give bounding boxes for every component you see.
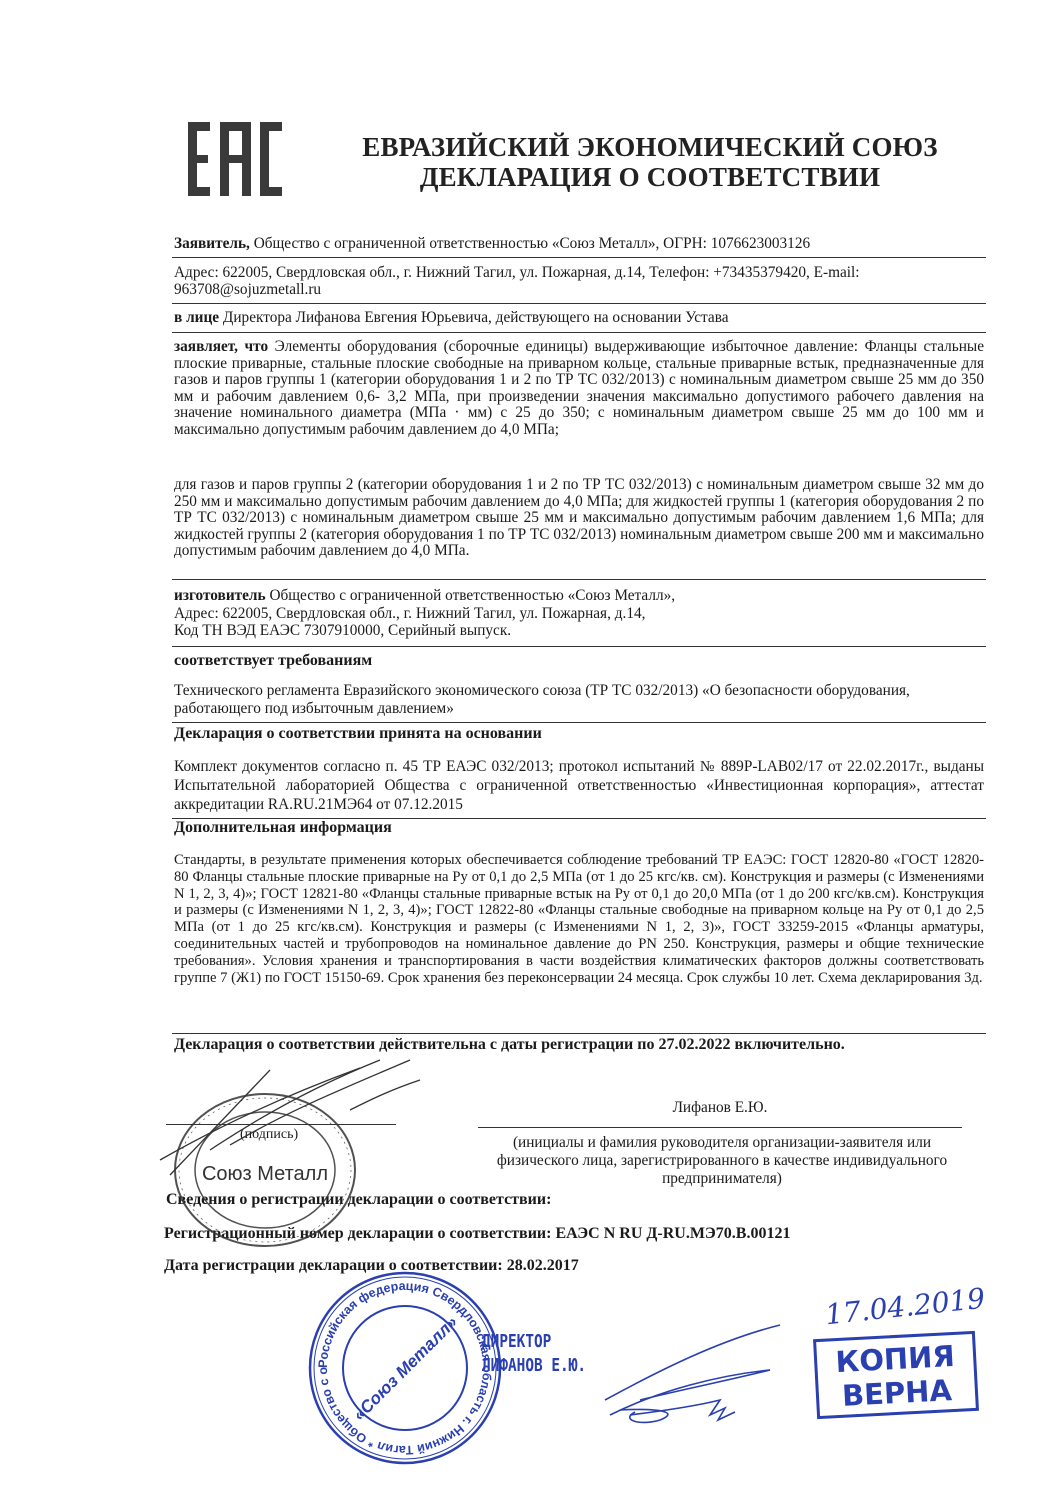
company-seal-blue-icon: Российская федерация Свердловская област… xyxy=(305,1268,505,1468)
signer-name: Лифанов Е.Ю. xyxy=(480,1100,960,1117)
director-stamp-line2: ЛИФАНОВ Е.Ю. xyxy=(482,1354,586,1378)
manufacturer-section: изготовитель Общество с ограниченной отв… xyxy=(174,587,984,640)
director-stamp: ДИРЕКТОР ЛИФАНОВ Е.Ю. xyxy=(482,1330,586,1378)
additional-heading: Дополнительная информация xyxy=(174,820,984,837)
signature-scribble-icon xyxy=(150,1050,440,1190)
director-stamp-line1: ДИРЕКТОР xyxy=(482,1330,586,1354)
basis-text: Комплект документов согласно п. 45 ТР ЕА… xyxy=(174,757,984,814)
registration-number: ЕАЭС N RU Д-RU.МЭ70.В.00121 xyxy=(555,1225,790,1242)
document-title: ДЕКЛАРАЦИЯ О СООТВЕТСТВИИ xyxy=(300,162,1000,193)
conforms-text: Технического регламента Евразийского эко… xyxy=(174,682,984,718)
director-signature-icon xyxy=(600,1320,800,1440)
divider xyxy=(172,579,986,580)
applicant-section: Заявитель, Общество с ограниченной ответ… xyxy=(174,236,984,253)
name-line xyxy=(478,1127,962,1128)
applicant-label: Заявитель, xyxy=(174,235,250,252)
divider xyxy=(172,722,986,723)
applicant-text: Общество с ограниченной ответственностью… xyxy=(254,235,810,252)
manufacturer-code: Код ТН ВЭД ЕАЭС 7307910000, Серийный вып… xyxy=(174,622,984,640)
manufacturer-label: изготовитель xyxy=(174,587,266,604)
manufacturer-text: Общество с ограниченной ответственностью… xyxy=(269,587,675,604)
declares-section: заявляет, что Элементы оборудования (сбо… xyxy=(174,339,984,439)
divider xyxy=(172,646,986,647)
basis-heading: Декларация о соответствии принята на осн… xyxy=(174,726,984,743)
registration-date-row: Дата регистрации декларации о соответств… xyxy=(164,1258,974,1275)
registration-date: 28.02.2017 xyxy=(507,1257,579,1274)
copy-certified-stamp: КОПИЯ ВЕРНА xyxy=(813,1331,979,1419)
additional-text: Стандарты, в результате применения котор… xyxy=(174,852,984,986)
blue-seal-center-text: «Союз Металл» xyxy=(349,1312,461,1424)
manufacturer-address: Адрес: 622005, Свердловская обл., г. Ниж… xyxy=(174,605,984,623)
divider xyxy=(172,303,986,304)
divider xyxy=(172,1033,986,1034)
declares-label: заявляет, что xyxy=(174,338,268,355)
divider xyxy=(172,332,986,333)
represented-text: Директора Лифанова Евгения Юрьевича, дей… xyxy=(223,309,729,326)
represented-section: в лице Директора Лифанова Евгения Юрьеви… xyxy=(174,310,984,327)
represented-label: в лице xyxy=(174,309,219,326)
applicant-address: Адрес: 622005, Свердловская обл., г. Ниж… xyxy=(174,265,984,298)
conforms-heading: соответствует требованиям xyxy=(174,653,984,670)
declares-text1: Элементы оборудования (сборочные единицы… xyxy=(174,338,984,438)
declares-text2: для газов и паров группы 2 (категории об… xyxy=(174,477,984,560)
copy-stamp-line2: ВЕРНА xyxy=(818,1372,976,1414)
union-title: ЕВРАЗИЙСКИЙ ЭКОНОМИЧЕСКИЙ СОЮЗ xyxy=(300,132,1000,163)
name-caption: (инициалы и фамилия руководителя организ… xyxy=(482,1134,962,1188)
divider xyxy=(172,257,986,258)
copy-date: 17.04.2019 xyxy=(824,1282,987,1332)
eac-logo-icon xyxy=(184,118,284,200)
